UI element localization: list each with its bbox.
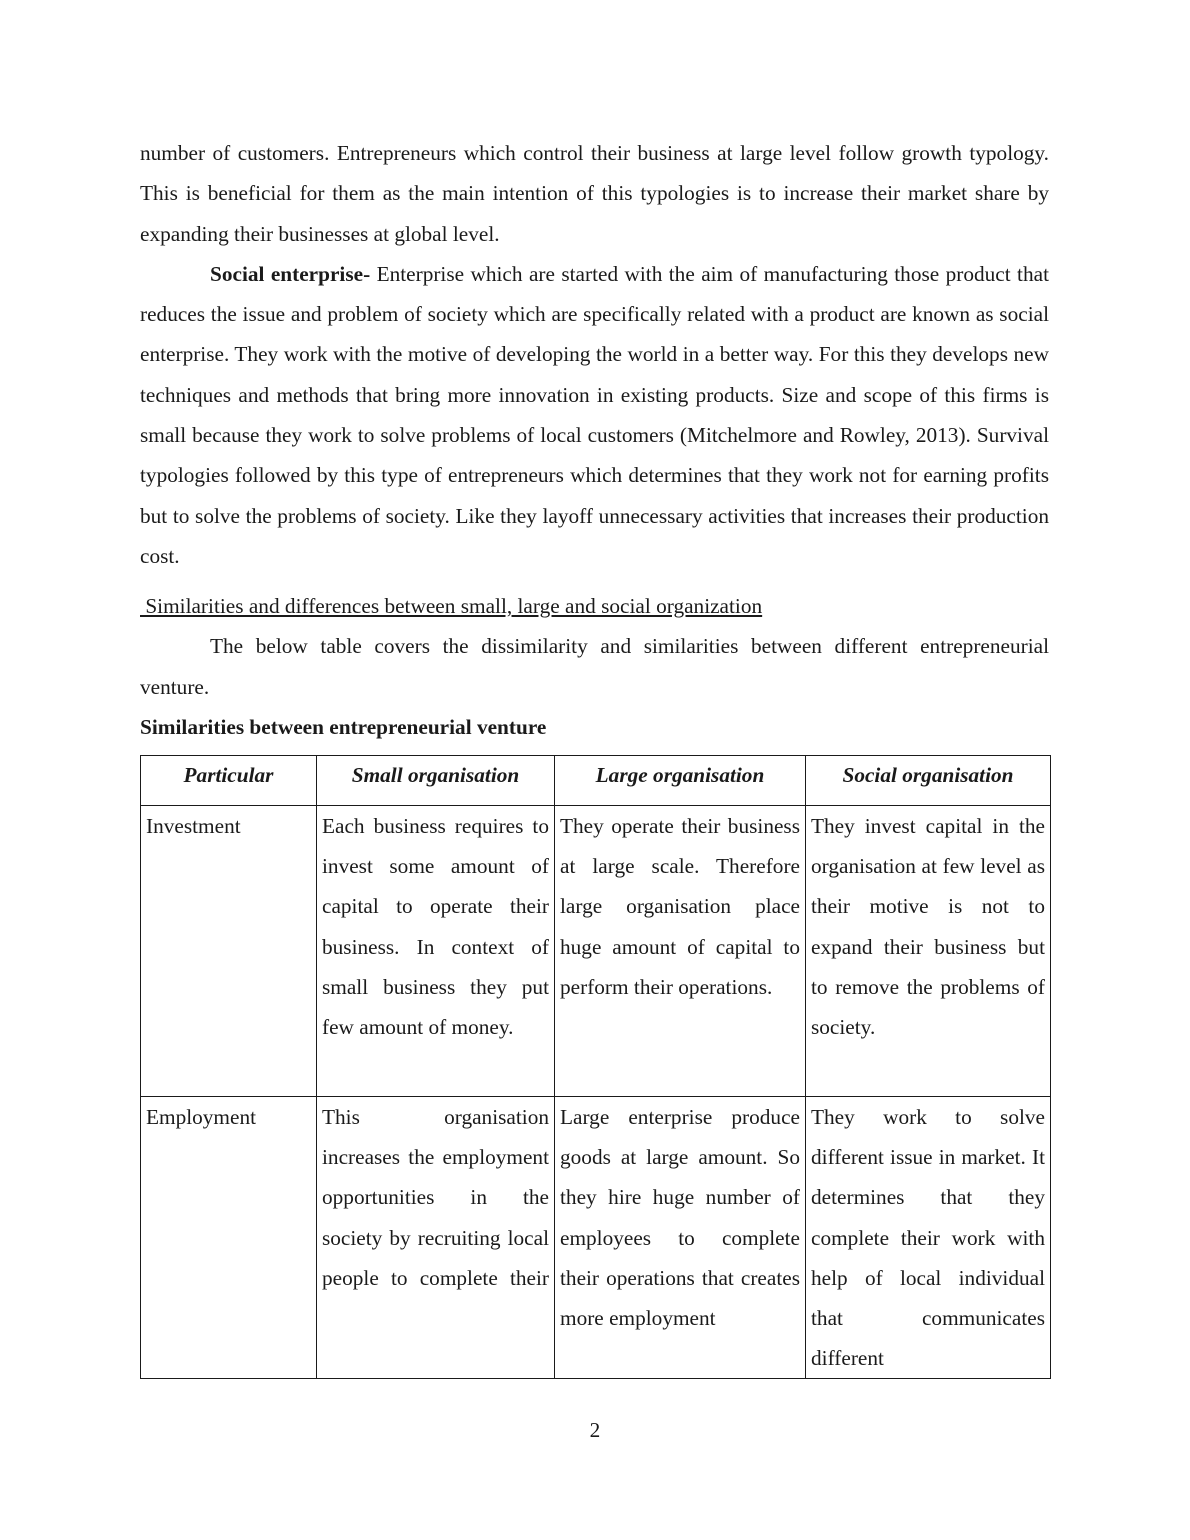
document-page: number of customers. Entrepreneurs which… [140, 133, 1049, 747]
cell-social: They work to solve different issue in ma… [806, 1097, 1051, 1379]
similarities-table: Particular Small organisation Large orga… [140, 755, 1051, 1379]
paragraph-growth-typology: number of customers. Entrepreneurs which… [140, 133, 1049, 254]
header-large: Large organisation [555, 756, 806, 806]
cell-particular: Investment [141, 806, 317, 1097]
table-intro: The below table covers the dissimilarity… [140, 626, 1049, 707]
social-enterprise-term: Social enterprise- [210, 262, 370, 286]
cell-particular: Employment [141, 1097, 317, 1379]
header-social: Social organisation [806, 756, 1051, 806]
table-header-row: Particular Small organisation Large orga… [141, 756, 1051, 806]
cell-large: Large enterprise produce goods at large … [555, 1097, 806, 1379]
social-enterprise-text: Enterprise which are started with the ai… [140, 262, 1049, 568]
cell-small: Each business requires to invest some am… [317, 806, 555, 1097]
header-particular: Particular [141, 756, 317, 806]
cell-social: They invest capital in the organisation … [806, 806, 1051, 1097]
page-number: 2 [0, 1418, 1190, 1443]
table-row: Investment Each business requires to inv… [141, 806, 1051, 1097]
paragraph-social-enterprise: Social enterprise- Enterprise which are … [140, 254, 1049, 576]
cell-large: They operate their business at large sca… [555, 806, 806, 1097]
header-small: Small organisation [317, 756, 555, 806]
table-title: Similarities between entrepreneurial ven… [140, 707, 1049, 747]
section-heading: Similarities and differences between sma… [140, 586, 1049, 626]
cell-small: This organisation increases the employme… [317, 1097, 555, 1379]
table-row: Employment This organisation increases t… [141, 1097, 1051, 1379]
